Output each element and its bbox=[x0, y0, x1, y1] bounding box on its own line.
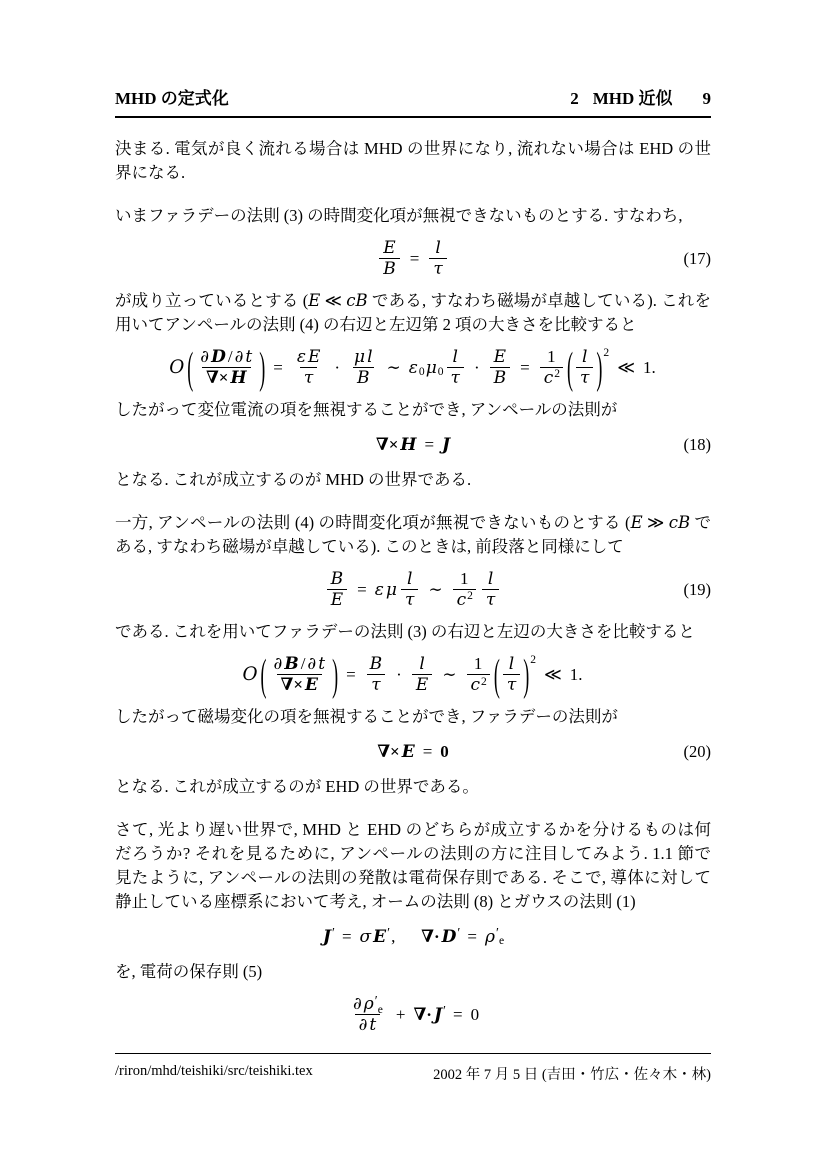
paragraph-mhd-world: となる. これが成立するのが MHD の世界である. bbox=[115, 468, 711, 492]
page-footer: /riron/mhd/teishiki/src/teishiki.tex 200… bbox=[115, 1053, 711, 1084]
footer-date-authors: 2002 年 7 月 5 日 (吉田・竹広・佐々木・林) bbox=[433, 1063, 711, 1084]
paragraph-faraday-compare: である. これを用いてファラデーの法則 (3) の右辺と左辺の大きさを比較すると bbox=[115, 620, 711, 644]
paragraph-faraday-assumption: いまファラデーの法則 (3) の時間変化項が無視できないものとする. すなわち, bbox=[115, 204, 711, 228]
header-right: 2MHD 近似9 bbox=[570, 84, 711, 109]
equation-20: ∇×E=0 (20) bbox=[115, 739, 711, 765]
equation-order-displacement: O(∂D/∂t∇×H)=εEτ·μlB∼ε0μ0lτ·EB=1c2(lτ)2≪1… bbox=[115, 347, 711, 388]
equation-ohm-gauss: J′=σE′,∇·D′=ρ′e bbox=[115, 924, 711, 950]
document-body: 決まる. 電気が良く流れる場合は MHD の世界になり, 流れない場合は EHD… bbox=[115, 137, 711, 1045]
paragraph-ampere-assumption: 一方, アンペールの法則 (4) の時間変化項が無視できないものとする (E ≫… bbox=[115, 511, 711, 559]
document-page: MHD の定式化 2MHD 近似9 決まる. 電気が良く流れる場合は MHD の… bbox=[0, 0, 826, 1169]
equation-19-math: BE=εμlτ∼1c2lτ bbox=[324, 569, 503, 610]
equation-charge-conservation-math: ∂ρ′e∂t+∇·J′=0 bbox=[346, 994, 480, 1035]
equation-18-tag: (18) bbox=[684, 433, 712, 457]
header-left-title: MHD の定式化 bbox=[115, 84, 229, 109]
equation-18-math: ∇×H=J bbox=[375, 433, 451, 457]
equation-19: BE=εμlτ∼1c2lτ (19) bbox=[115, 569, 711, 610]
paragraph-intro: 決まる. 電気が良く流れる場合は MHD の世界になり, 流れない場合は EHD… bbox=[115, 137, 711, 185]
equation-18: ∇×H=J (18) bbox=[115, 432, 711, 458]
paragraph-charge-conservation: を, 電荷の保存則 (5) bbox=[115, 960, 711, 984]
paragraph-neglect-displacement: したがって変位電流の項を無視することができ, アンペールの法則が bbox=[115, 398, 711, 422]
header-section-number: 2 bbox=[570, 89, 579, 108]
equation-17-math: EB=lτ bbox=[376, 238, 450, 279]
equation-charge-conservation: ∂ρ′e∂t+∇·J′=0 bbox=[115, 994, 711, 1035]
equation-ohm-gauss-math: J′=σE′,∇·D′=ρ′e bbox=[322, 925, 504, 949]
equation-order-induction: O(∂B/∂t∇×E)=Bτ·lE∼1c2(lτ)2≪1. bbox=[115, 654, 711, 695]
equation-19-tag: (19) bbox=[684, 578, 712, 602]
paragraph-ampere-compare: が成り立っているとする (E ≪ cB である, すなわち磁場が卓越している).… bbox=[115, 289, 711, 337]
header-page-number: 9 bbox=[703, 89, 712, 108]
equation-20-tag: (20) bbox=[684, 740, 712, 764]
page-header: MHD の定式化 2MHD 近似9 bbox=[115, 84, 711, 118]
footer-file-path: /riron/mhd/teishiki/src/teishiki.tex bbox=[115, 1063, 313, 1084]
equation-20-math: ∇×E=0 bbox=[376, 740, 450, 764]
paragraph-neglect-induction: したがって磁場変化の項を無視することができ, ファラデーの法則が bbox=[115, 705, 711, 729]
equation-17: EB=lτ (17) bbox=[115, 238, 711, 279]
equation-order-displacement-math: O(∂D/∂t∇×H)=εEτ·μlB∼ε0μ0lτ·EB=1c2(lτ)2≪1… bbox=[169, 347, 657, 388]
equation-order-induction-math: O(∂B/∂t∇×E)=Bτ·lE∼1c2(lτ)2≪1. bbox=[242, 654, 583, 695]
header-section-title: MHD 近似 bbox=[593, 89, 673, 108]
equation-17-tag: (17) bbox=[684, 247, 712, 271]
paragraph-discussion: さて, 光より遅い世界で, MHD と EHD のどちらが成立するかを分けるもの… bbox=[115, 818, 711, 914]
paragraph-ehd-world: となる. これが成立するのが EHD の世界である。 bbox=[115, 775, 711, 799]
